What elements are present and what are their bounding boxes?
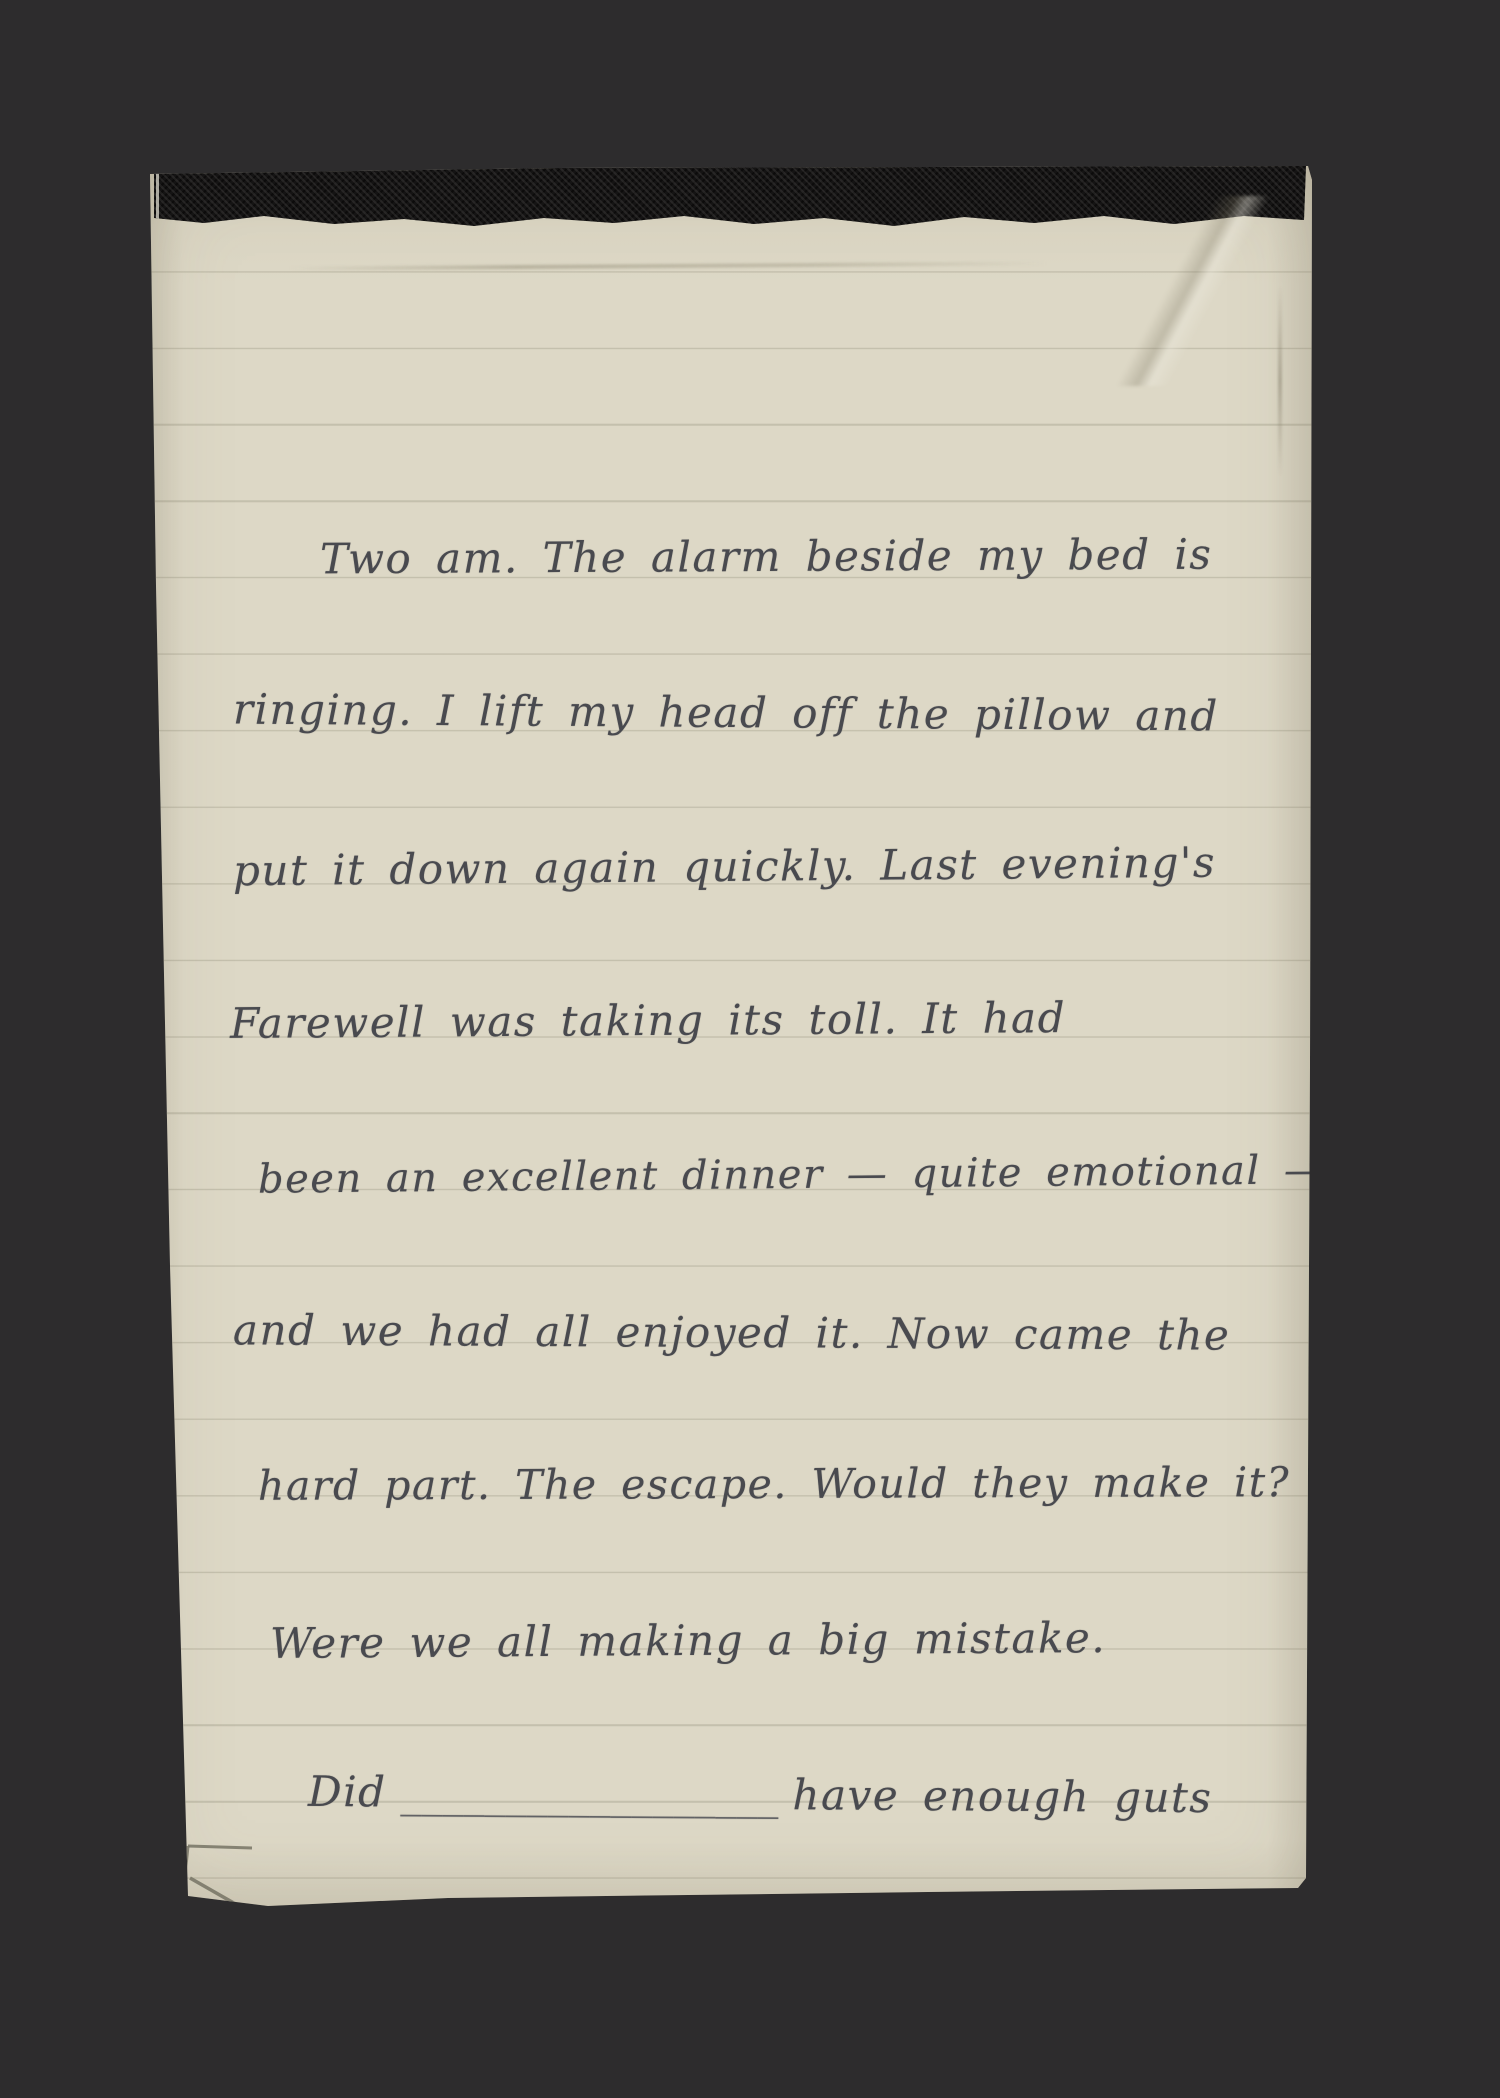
binding-edge-highlight xyxy=(156,170,159,228)
handwritten-line-4: Farewell was taking its toll. It had xyxy=(230,993,1066,1048)
handwritten-line-3: put it down again quickly. Last evening'… xyxy=(233,838,1216,896)
handwritten-line-1: Two am. The alarm beside my bed is xyxy=(320,530,1213,584)
folded-corner-mark xyxy=(174,1834,294,1920)
handwritten-line-9: Did__________________have enough guts xyxy=(308,1767,1213,1822)
line-9-prefix: Did xyxy=(308,1767,387,1817)
handwritten-line-5: been an excellent dinner — quite emotion… xyxy=(258,1147,1326,1202)
handwritten-line-6: and we had all enjoyed it. Now came the xyxy=(233,1305,1231,1359)
paper-crease-top-right xyxy=(1078,196,1308,386)
photo-background: Two am. The alarm beside my bed is ringi… xyxy=(0,0,1500,2098)
paper-crease-horizontal xyxy=(288,261,1048,270)
handwritten-line-7: hard part. The escape. Would they make i… xyxy=(258,1458,1290,1510)
handwritten-line-8: Were we all making a big mistake. xyxy=(270,1613,1106,1668)
paper-crease-right-edge xyxy=(1278,286,1282,476)
line-9-suffix: have enough guts xyxy=(792,1770,1212,1822)
handwritten-line-2: ringing. I lift my head off the pillow a… xyxy=(233,685,1219,741)
notepad-page: Two am. The alarm beside my bed is ringi… xyxy=(148,166,1314,1910)
blank-underline: __________________ xyxy=(400,1767,778,1819)
